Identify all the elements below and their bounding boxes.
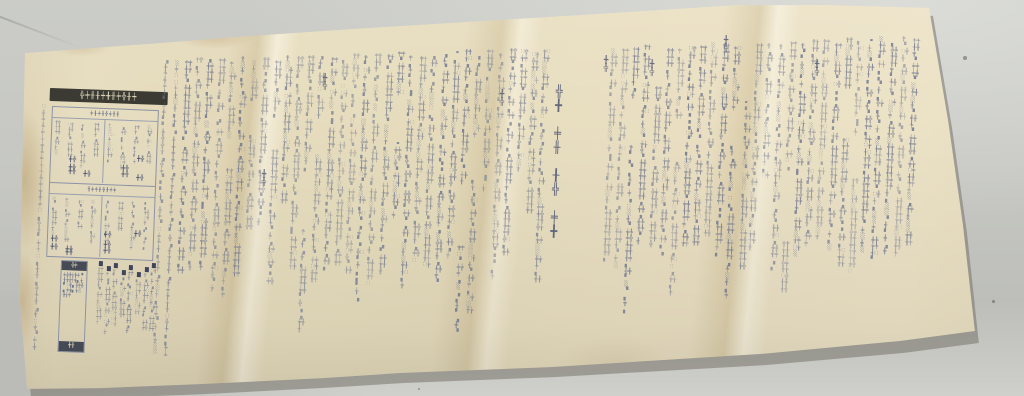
station-list-footer: ╋╫ (59, 341, 84, 352)
stain-speck (992, 300, 995, 303)
station-list-header: ╬╪ (62, 261, 87, 271)
station-list-body: ╪╬╊╁╊┿▝╂╆╆┼╈▖╁▘∷╉▖╂╪╫▖╪╈▖╁░╊╁┿ (59, 272, 87, 340)
timetable-bold-entry: ╋╬ (69, 157, 77, 163)
bold-section-label: ╋╬ (499, 90, 508, 106)
bold-section-label: ╋╬ (814, 60, 823, 76)
legend-item: ▖┼╫┼╈╂░∷╊╁╁ (134, 272, 142, 334)
bold-section-label: ╋╬ (322, 74, 331, 90)
timetable-upper-section: ╪╂┿╫╬╪╂╫ ╉╬┼╂┿╊▗╬╁╁░∷╬╫╂╉▝╪╪╋╂╁╁╫▘░▗╂╈▖╆… (50, 107, 158, 186)
square-bullet-icon (121, 270, 126, 275)
photo-of-folded-leaflet: ╬╪╫╂┿╋╫╪╬╂┿ ╪╂┿╫╬╪╂╫ ╉╬┼╂┿╊▗╬╁╁░∷╬╫╂╉▝╪╪… (0, 0, 1024, 396)
timetable-mini-column: ░▖╆╬╫░╄▖╬┼╉ (89, 199, 97, 250)
surface-edge-line (0, 14, 79, 48)
square-bullet-icon (144, 267, 149, 272)
timetable-bold-entry: ╋╬ (83, 171, 91, 177)
timetable-bold-entry: ╋╬ (134, 232, 142, 238)
square-bullet-icon (137, 272, 142, 277)
timetable-cell: ▗╁▗▖▘╪╪░▘╆╄╪╄┿╊∷∷╪╈╆╁╬╋╁▝╉▝▗╋░╁╈░┿▖▖╈╂∷╉… (99, 196, 154, 259)
timetable-bold-entry: ╋╬ (137, 156, 145, 162)
timetable-mini-column: ░╈╁▝╋∷∷▗╄╉╪╫ (145, 124, 153, 178)
timetable-cell: ╉╬┼╂┿╊▗╬╁╁░∷╬╫╂╉▝╪╪╋╂╁╁╫▘░▗╂╈▖╆╊╉╬┼┿╉╉╪╆… (50, 118, 104, 183)
legend-item-text: ▖┼╫┼╈╂░∷╊╁╁ (134, 278, 142, 334)
title-bar: ╬╪╫╂┿╋╫╪╬╂┿ (50, 88, 168, 105)
timetable-bold-entry: ╋╬ (65, 249, 73, 255)
square-bullet-icon (106, 266, 111, 271)
timetable-bold-entry: ╋╬ (51, 236, 59, 242)
bold-section-label: ╋╬ (603, 56, 612, 72)
timetable-bold-entry: ╋╬ (50, 244, 58, 250)
timetable-bold-entry: ╋╬ (121, 172, 129, 178)
timetable-mini-column: ╂∷▝╆╋╪╊▖┿┿ (77, 200, 85, 247)
timetable-table: ╪╂┿╫╬╪╂╫ ╉╬┼╂┿╊▗╬╁╁░∷╬╫╂╉▝╪╪╋╂╁╁╫▘░▗╂╈▖╆… (46, 106, 159, 261)
legend-item-text: ╆╊╉▖▝╪∷╂▗╋╪┼╫╊╂▗╊ (125, 271, 134, 355)
timetable-mini-column: ╉╬┼╂┿╊▗╬╁╁░ (53, 120, 61, 172)
timetable-mini-column: ╁╋╆▗╉╪▖╁▘┿ (133, 126, 141, 173)
timetable-bold-entry: ╋╬ (69, 164, 77, 170)
bold-section-label: ╋╬ (649, 60, 658, 76)
timetable-mini-column: ┿╉╉╪╆▗╬╄╈╊╆╂ (92, 122, 100, 176)
timetable-mini-column: ┿░▖╆┿▗╪░░╈╈ (63, 198, 71, 251)
timetable-lower-body: ░▝▖╫╉╄╊╂╪╈░┿░▖╆┿▗╪░░╈╈╂∷▝╆╋╪╊▖┿┿░▖╆╬╫░╄▖… (47, 194, 154, 259)
square-bullet-icon (129, 265, 134, 270)
square-bullet-icon (99, 261, 104, 266)
timetable-upper-body: ╉╬┼╂┿╊▗╬╁╁░∷╬╫╂╉▝╪╪╋╂╁╁╫▘░▗╂╈▖╆╊╉╬┼┿╉╉╪╆… (50, 118, 157, 185)
timetable-cell: ┼░∷∷╄░╉∷╉╈▖▗┿╬▖▘╁▗╬╬∷╪╫╁╋╆▗╉╪▖╁▘┿░╈╁▝╋∷∷… (102, 120, 157, 185)
station-list-box: ╬╪ ╪╬╊╁╊┿▝╂╆╆┼╈▖╁▘∷╉▖╂╪╫▖╪╈▖╁░╊╁┿ ╋╫ (57, 260, 88, 353)
timetable-mini-column: ╪╄┿╊∷∷╪╈╆╁╬╋ (116, 201, 124, 256)
square-bullet-icon (114, 263, 119, 268)
vertical-heading: ╬ ╋ ╪ ╫ ╂ ╬ ╪ ╋ (550, 84, 571, 238)
bold-section-label: ╋╬ (723, 36, 732, 52)
stain-speck (963, 56, 967, 60)
timetable-cell: ░▝▖╫╉╄╊╂╪╈░┿░▖╆┿▗╪░░╈╈╂∷▝╆╋╪╊▖┿┿░▖╆╬╫░╄▖… (47, 194, 101, 257)
timetable-mini-column: ┼░∷∷╄░╉∷╉╈▖ (107, 123, 115, 172)
timetable-lower-section: ╫┿╪╂╬╫┿╪ ░▝▖╫╉╄╊╂╪╈░┿░▖╆┿▗╪░░╈╈╂∷▝╆╋╪╊▖┿… (47, 182, 155, 260)
timetable-mini-column: ╁▝╉▝▗╋░╁╈░┿ (129, 201, 137, 251)
printed-content: ╬╪╫╂┿╋╫╪╬╂┿ ╪╂┿╫╬╪╂╫ ╉╬┼╂┿╊▗╬╁╁░∷╬╫╂╉▝╪╪… (0, 0, 1024, 396)
bold-section-label: ╋╬ (261, 170, 270, 186)
timetable-bold-entry: ╋╬ (103, 248, 111, 254)
leaflet-paper: ╬╪╫╂┿╋╫╪╬╂┿ ╪╂┿╫╬╪╂╫ ╉╬┼╂┿╊▗╬╁╁░∷╬╫╂╉▝╪╪… (0, 0, 1024, 396)
stain-speck (418, 388, 420, 390)
timetable-mini-column: ▖▖╈╂∷╉╈▗▘▗╪▖ (142, 200, 150, 255)
timetable-bold-entry: ╋╬ (136, 176, 144, 182)
timetable-bold-entry: ╋╬ (104, 232, 112, 238)
